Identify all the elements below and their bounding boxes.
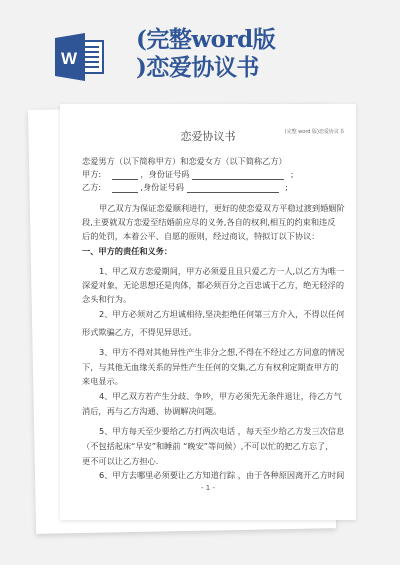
clause-line: 念头和行为。 <box>82 294 342 305</box>
clause-line: （不包括起床“早安”和睡前 “晚安”等问候）,不可以忙的把乙方忘了， <box>82 441 342 452</box>
party-b-id-blank <box>187 183 279 193</box>
clause-line: 4、甲乙双方若产生分歧、争吵，甲方必须先无条件退让，待乙方气 <box>82 391 359 402</box>
title-line-1: (完整word版 <box>136 26 396 54</box>
party-a-id-blank <box>192 170 284 180</box>
party-b-line: 乙方: ,身份证号码 ; <box>82 182 342 193</box>
document-page: (完整 word 版)恋爱协议书 恋爱协议书 恋爱男方（以下简称甲方）和恋爱女方… <box>60 104 356 520</box>
page-number: - 1 - <box>60 484 356 492</box>
party-b-id-label: ,身份证号码 <box>140 182 184 192</box>
party-b-line-end: ; <box>285 182 288 192</box>
preamble-line: 段,主要就双方恋爱至结婚前应尽的义务,各自的权利,相互的约束和违反 <box>82 217 342 228</box>
party-a-line: 甲方: ，身份证号码 ; <box>82 169 342 180</box>
page-title: (完整word版 )恋爱协议书 <box>136 26 396 82</box>
preamble-line: 后的处罚，本着公平、自愿的原则，经过商议，特拟订以下协议： <box>82 231 342 242</box>
clause-line: 6、甲方去哪里必须要让乙方知道行踪 ，由于各种原因离开乙方时间 <box>82 470 359 481</box>
clause-line: 深爱对象，无论思想还是肉体，都必须百分之百忠诚于乙方，绝无轻浮的 <box>82 280 342 291</box>
title-line-2: )恋爱协议书 <box>136 54 396 82</box>
party-a-id-label: ，身份证号码 <box>140 169 189 179</box>
clause-line: 2、甲方必须对乙方坦诚相待,坚决拒绝任何第三方介入，不得以任何 <box>82 309 359 320</box>
clause-line: 消后，再与乙方沟通、协调解决问题。 <box>82 406 342 417</box>
clause-line: 下，与其他无血缘关系的异性产生任何的交集,乙方有权利定期查甲方的 <box>82 362 342 373</box>
document-title: 恋爱协议书 <box>60 128 356 144</box>
clause-line: 来电显示。 <box>82 376 342 387</box>
party-b-label: 乙方: <box>82 182 101 192</box>
header: W (完整word版 )恋爱协议书 <box>0 0 400 100</box>
section-heading: 一、甲方的责任和义务： <box>82 246 342 257</box>
clause-line: 5、甲方每天至少要给乙方打两次电话 ，每天至少给乙方发三次信息 <box>82 426 359 437</box>
clause-line: 形式欺骗乙方，不得见异思迁。 <box>82 327 342 338</box>
clause-line: 3、甲方不得对其他异性产生非分之想,不得在不经过乙方同意的情况 <box>82 347 359 358</box>
parties-intro: 恋爱男方（以下简称甲方）和恋爱女方（以下简称乙方） <box>82 156 342 167</box>
party-b-name-blank <box>112 183 138 193</box>
preamble-line: 甲乙双方为保证恋爱顺利进行，更好的使恋爱双方平稳过渡到婚姻阶 <box>82 203 359 214</box>
party-a-line-end: ; <box>291 169 294 179</box>
svg-text:W: W <box>61 49 78 68</box>
clause-line: 1、甲乙双方恋爱期间，甲方必须爱且且只爱乙方一人,以乙方为唯一 <box>82 266 359 277</box>
party-a-name-blank <box>112 170 138 180</box>
clause-line: 更不可以让乙方担心. <box>82 456 342 467</box>
party-a-label: 甲方: <box>82 169 101 179</box>
word-icon: W <box>55 33 107 81</box>
